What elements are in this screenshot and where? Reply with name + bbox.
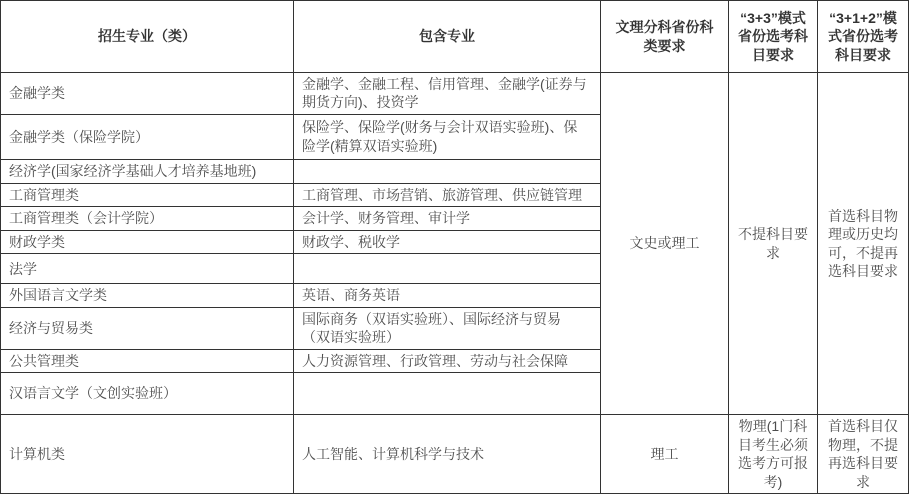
division-requirement-cell: 理工 — [601, 415, 729, 494]
included-majors-cell — [294, 159, 601, 183]
table-row: 计算机类 人工智能、计算机科学与技术 理工 物理(1门科目考生必须选考方可报考)… — [1, 415, 909, 494]
included-majors-cell: 工商管理、市场营销、旅游管理、供应链管理 — [294, 183, 601, 206]
major-cell: 财政学类 — [1, 230, 294, 253]
included-majors-cell: 会计学、财务管理、审计学 — [294, 207, 601, 230]
header-mode-3-3: “3+3”模式省份选考科目要求 — [729, 1, 818, 73]
major-cell: 金融学类（保险学院） — [1, 114, 294, 159]
admissions-table: 招生专业（类） 包含专业 文理分科省份科类要求 “3+3”模式省份选考科目要求 … — [0, 0, 909, 494]
mode-3-1-2-cell: 首选科目仅物理，不提再选科目要求 — [818, 415, 909, 494]
included-majors-cell: 英语、商务英语 — [294, 284, 601, 307]
mode-3-3-cell: 不提科目要求 — [729, 73, 818, 415]
major-cell: 汉语言文学（文创实验班） — [1, 373, 294, 415]
header-major-category: 招生专业（类） — [1, 1, 294, 73]
included-majors-cell: 人力资源管理、行政管理、劳动与社会保障 — [294, 349, 601, 372]
mode-3-1-2-cell: 首选科目物理或历史均可，不提再选科目要求 — [818, 73, 909, 415]
header-included-majors: 包含专业 — [294, 1, 601, 73]
included-majors-cell: 财政学、税收学 — [294, 230, 601, 253]
major-cell: 法学 — [1, 254, 294, 284]
table-row: 金融学类 金融学、金融工程、信用管理、金融学(证券与期货方向)、投资学 文史或理… — [1, 73, 909, 115]
major-cell: 工商管理类 — [1, 183, 294, 206]
included-majors-cell — [294, 254, 601, 284]
included-majors-cell: 人工智能、计算机科学与技术 — [294, 415, 601, 494]
included-majors-cell: 金融学、金融工程、信用管理、金融学(证券与期货方向)、投资学 — [294, 73, 601, 115]
included-majors-cell — [294, 373, 601, 415]
division-requirement-cell: 文史或理工 — [601, 73, 729, 415]
header-row: 招生专业（类） 包含专业 文理分科省份科类要求 “3+3”模式省份选考科目要求 … — [1, 1, 909, 73]
major-cell: 经济与贸易类 — [1, 307, 294, 349]
mode-3-3-cell: 物理(1门科目考生必须选考方可报考) — [729, 415, 818, 494]
included-majors-cell: 国际商务（双语实验班）、国际经济与贸易（双语实验班） — [294, 307, 601, 349]
major-cell: 金融学类 — [1, 73, 294, 115]
major-cell: 外国语言文学类 — [1, 284, 294, 307]
admissions-requirements-page: 招生专业（类） 包含专业 文理分科省份科类要求 “3+3”模式省份选考科目要求 … — [0, 0, 910, 477]
major-cell: 经济学(国家经济学基础人才培养基地班) — [1, 159, 294, 183]
major-cell: 计算机类 — [1, 415, 294, 494]
included-majors-cell: 保险学、保险学(财务与会计双语实验班)、保险学(精算双语实验班) — [294, 114, 601, 159]
header-division-requirement: 文理分科省份科类要求 — [601, 1, 729, 73]
major-cell: 工商管理类（会计学院） — [1, 207, 294, 230]
header-mode-3-1-2: “3+1+2”模式省份选考科目要求 — [818, 1, 909, 73]
major-cell: 公共管理类 — [1, 349, 294, 372]
